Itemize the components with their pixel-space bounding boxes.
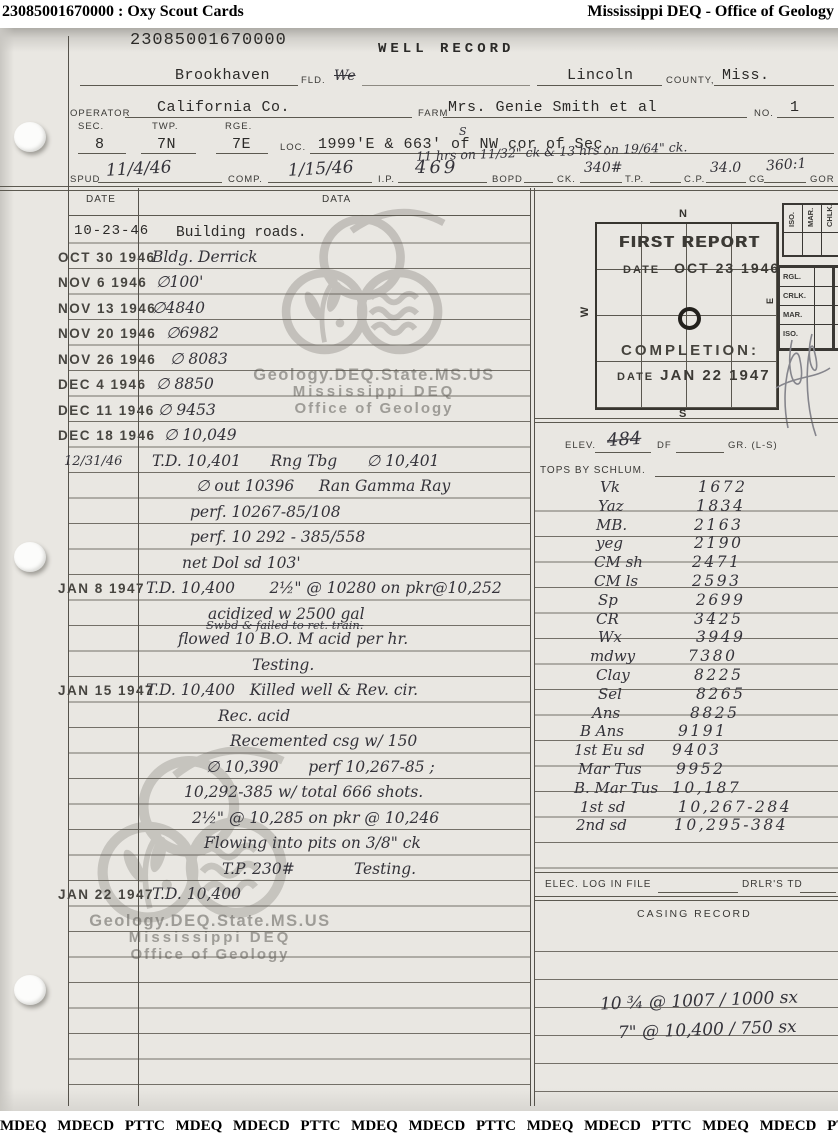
formation-depth: 8225	[694, 666, 743, 684]
log-entry-text: ∅ 9453	[158, 401, 216, 419]
footer-agency-strip: MDEQ MDECD PTTC MDEQ MDECD PTTC MDEQ MDE…	[0, 1118, 838, 1134]
hole-punch	[14, 975, 46, 1005]
log-entry-text: T.D. 10,401 Rng Tbg ∅ 10,401	[152, 452, 439, 470]
log-entry-text: ∅4840	[152, 299, 205, 317]
drlrs-td-label: DRLR'S TD	[742, 879, 803, 890]
well-no: 1	[790, 99, 800, 116]
underline	[714, 85, 834, 86]
underline	[595, 452, 651, 453]
underline	[524, 182, 553, 183]
gor-label: GOR	[810, 174, 835, 185]
log-entry-text: ∅ 10,049	[164, 426, 237, 444]
df-label: DF	[657, 440, 672, 451]
formation-name: 1st sd	[572, 798, 678, 817]
formation-depth: 3949	[696, 628, 745, 646]
spud-label: SPUD	[70, 174, 100, 185]
double-rule	[0, 186, 838, 187]
formation-top-row: Sel8265	[572, 685, 832, 704]
underline	[98, 182, 222, 183]
formation-name: Sel	[572, 685, 696, 704]
formation-depth: 10,267-284	[678, 798, 792, 816]
tp-value: 340#	[584, 160, 622, 176]
double-rule	[535, 422, 838, 423]
ip-value: 469	[415, 157, 458, 178]
formation-top-row: Vk1672	[572, 478, 832, 497]
formation-depth: 8265	[696, 685, 745, 703]
viewer-header: 23085001670000 : Oxy Scout Cards Mississ…	[0, 0, 838, 28]
formation-depth: 10,187	[672, 779, 741, 797]
formation-name: CM ls	[572, 572, 692, 591]
log-entry-text: Recemented csg w/ 150	[230, 732, 417, 750]
formation-depth: 2190	[694, 534, 743, 552]
underline	[125, 117, 412, 118]
underline	[650, 182, 681, 183]
log-row: 10-23-46Building roads.	[58, 219, 530, 245]
underline	[362, 85, 530, 86]
log-row: T.P. 230# Testing.	[58, 857, 530, 883]
log-row: Testing.	[58, 653, 530, 679]
formation-name: B Ans	[572, 722, 678, 741]
formation-top-row: Wx3949	[572, 628, 832, 647]
formation-top-row: CM ls2593	[572, 572, 832, 591]
strat-column-label: MAR.	[806, 208, 815, 227]
document-id-title: 23085001670000 : Oxy Scout Cards	[2, 3, 244, 28]
api-number: 23085001670000	[130, 31, 287, 50]
log-entry-text: ∅ 10,390 perf 10,267-85 ;	[206, 758, 435, 776]
log-entry-text: Testing.	[252, 656, 314, 674]
tops-title: TOPS BY SCHLUM.	[540, 465, 646, 476]
field-name: Brookhaven	[175, 67, 270, 84]
underline	[78, 153, 126, 154]
table-divider	[784, 232, 802, 233]
underline	[216, 153, 268, 154]
comp-date: 1/15/46	[288, 157, 355, 180]
table-divider	[822, 232, 838, 233]
formation-top-row: B Ans9191	[572, 722, 832, 741]
formation-tops-list: Vk1672Yaz1834MB.2163yeg2190CM sh2471CM l…	[572, 478, 832, 835]
compass-west: W	[579, 307, 591, 317]
casing-record-title: CASING RECORD	[637, 908, 752, 920]
log-row: JAN 15 1947T.D. 10,400 Killed well & Rev…	[58, 678, 530, 704]
log-date: JAN 22 1947	[58, 882, 142, 908]
well-location-marker	[678, 307, 701, 330]
formation-top-row: Clay8225	[572, 666, 832, 685]
log-row: JAN 8 1947T.D. 10,400 2½" @ 10280 on pkr…	[58, 576, 530, 602]
formation-name: CM sh	[572, 553, 692, 572]
sec-value: 8	[95, 136, 105, 153]
log-entry-text: ∅ out 10396 Ran Gamma Ray	[196, 477, 450, 495]
underline	[141, 153, 196, 154]
formation-name: CR	[572, 610, 694, 629]
log-entry-text: Rec. acid	[218, 707, 290, 725]
underline	[398, 182, 487, 183]
underline	[764, 182, 806, 183]
log-date: NOV 6 1946	[58, 270, 142, 296]
formation-depth: 9952	[676, 760, 725, 778]
strat-column-label: CHLK.	[825, 204, 834, 227]
formation-top-row: CR3425	[572, 610, 832, 629]
log-entry-text: T.P. 230# Testing.	[222, 860, 416, 878]
log-header-rule	[68, 215, 530, 216]
underline	[800, 892, 836, 893]
completion-date-stamp: DATEJAN 22 1947	[617, 367, 771, 384]
log-row: DEC 4 1946∅ 8850	[58, 372, 530, 398]
log-row: OCT 30 1946Bldg. Derrick	[58, 245, 530, 271]
operator-label: OPERATOR	[70, 108, 130, 119]
table-divider	[803, 232, 821, 233]
first-report-date-stamp: DATEOCT 23 1946	[623, 260, 780, 276]
formation-name: Ans	[572, 704, 690, 723]
viewer-footer: MDEQ MDECD PTTC MDEQ MDECD PTTC MDEQ MDE…	[0, 1111, 838, 1139]
double-rule	[0, 190, 838, 191]
strat-column-label: ISO.	[787, 212, 796, 227]
operator-name: California Co.	[157, 99, 290, 116]
formation-depth: 7380	[688, 647, 737, 665]
strat-row-label: CRLK.	[780, 287, 838, 306]
underline	[676, 452, 724, 453]
rge-label: RGE.	[225, 121, 252, 132]
log-row: perf. 10 292 - 385/558	[58, 525, 530, 551]
underline	[580, 182, 622, 183]
bopd-label: BOPD	[492, 174, 523, 185]
log-entry-text: flowed 10 B.O. M acid per hr.	[178, 630, 408, 648]
log-entry-text: ∅ 8850	[156, 375, 214, 393]
log-date: DEC 11 1946	[58, 398, 142, 424]
formation-top-row: mdwy7380	[572, 647, 832, 666]
well-no-label: NO.	[754, 108, 774, 119]
hole-punch	[14, 542, 46, 572]
elec-log-label: ELEC. LOG IN FILE	[545, 879, 651, 890]
formation-depth: 2471	[692, 553, 741, 571]
log-entry-text: ∅100'	[156, 273, 203, 291]
cg-value: 34.0	[710, 160, 741, 176]
sec-label: SEC.	[78, 121, 104, 132]
strat-row-label: RGL.	[780, 268, 838, 287]
strat-column: MAR.	[803, 205, 822, 255]
log-row: NOV 6 1946∅100'	[58, 270, 530, 296]
log-date: NOV 26 1946	[58, 347, 142, 373]
formation-top-row: MB.2163	[572, 516, 832, 535]
spud-date: 11/4/46	[106, 157, 173, 180]
formation-depth: 3425	[694, 610, 743, 628]
log-data-header: DATA	[322, 194, 351, 205]
ip-label: I.P.	[378, 174, 395, 185]
formation-name: yeg	[572, 534, 694, 553]
log-date: DEC 18 1946	[58, 423, 142, 449]
formation-name: mdwy	[572, 647, 688, 666]
log-row: flowed 10 B.O. M acid per hr.	[58, 627, 530, 653]
tp-label: T.P.	[625, 174, 644, 185]
formation-depth: 10,295-384	[674, 816, 788, 834]
signature-scribble	[758, 328, 838, 443]
log-date-header: DATE	[86, 194, 116, 205]
underline	[268, 182, 372, 183]
formation-depth: 2593	[692, 572, 741, 590]
elev-label: ELEV.	[565, 440, 596, 451]
log-entry-text: perf. 10267-85/108	[190, 503, 341, 521]
log-row: 2½" @ 10,285 on pkr @ 10,246	[58, 806, 530, 832]
formation-top-row: 1st sd10,267-284	[572, 798, 832, 817]
rule	[535, 872, 838, 873]
log-row: DEC 18 1946∅ 10,049	[58, 423, 530, 449]
log-date: OCT 30 1946	[58, 245, 142, 271]
formation-top-row: 2nd sd10,295-384	[572, 816, 832, 835]
formation-depth: 9403	[672, 741, 721, 759]
formation-name: Wx	[572, 628, 696, 647]
formation-name: Sp	[572, 591, 696, 610]
casing-ruled-lines	[535, 924, 838, 1104]
rge-value: 7E	[232, 136, 251, 153]
hole-punch	[14, 122, 46, 152]
county-label: COUNTY,	[666, 75, 715, 86]
formation-top-row: Ans8825	[572, 704, 832, 723]
formation-top-row: Yaz1834	[572, 497, 832, 516]
strat-column: ISO.	[784, 205, 803, 255]
formation-top-row: Mar Tus9952	[572, 760, 832, 779]
log-table: 10-23-46Building roads.OCT 30 1946Bldg. …	[58, 219, 530, 908]
log-row: Rec. acid	[58, 704, 530, 730]
strat-table-top: ISO.MAR.CHLK.	[782, 203, 838, 257]
log-date: 12/31/46	[58, 449, 148, 475]
data-column-divider	[530, 188, 531, 1106]
comp-label: COMP.	[228, 174, 263, 185]
log-row: Recemented csg w/ 150	[58, 729, 530, 755]
formation-name: Yaz	[572, 497, 696, 516]
first-report-stamp: FIRST REPORT	[619, 234, 760, 252]
formation-name: MB.	[572, 516, 694, 535]
field-label: FLD.	[301, 75, 326, 86]
formation-top-row: yeg2190	[572, 534, 832, 553]
underline	[80, 85, 298, 86]
log-row: acidized w 2500 galSwbd & failed to ret.…	[58, 602, 530, 628]
scanned-well-record-card: Geology.DEQ.State.MS.US Mississippi DEQ …	[0, 28, 838, 1111]
loc-superscript: S	[459, 125, 467, 138]
log-entry-text: Bldg. Derrick	[152, 248, 258, 266]
log-row: NOV 13 1946∅4840	[58, 296, 530, 322]
log-date: DEC 4 1946	[58, 372, 142, 398]
formation-depth: 1834	[696, 497, 745, 515]
formation-name: Mar Tus	[572, 760, 676, 779]
formation-depth: 1672	[698, 478, 747, 496]
log-row: JAN 22 1947T.D. 10,400	[58, 882, 530, 908]
log-entry-text: Building roads.	[176, 225, 307, 241]
gr-label: GR. (L-S)	[728, 440, 778, 451]
gor-value: 360:1	[765, 156, 806, 175]
log-date: NOV 20 1946	[58, 321, 142, 347]
formation-top-row: CM sh2471	[572, 553, 832, 572]
cg-label: CG	[749, 174, 765, 185]
farm-name: Mrs. Genie Smith et al	[448, 99, 657, 116]
log-date: NOV 13 1946	[58, 296, 142, 322]
formation-name: 1st Eu sd	[572, 741, 672, 760]
ck-label: CK.	[557, 174, 576, 185]
page-title: WELL RECORD	[378, 41, 514, 57]
log-date: 10-23-46	[58, 219, 158, 245]
formation-depth: 9191	[678, 722, 727, 740]
log-entry-text: T.D. 10,400 Killed well & Rev. cir.	[146, 681, 418, 699]
log-row: ∅ 10,390 perf 10,267-85 ;	[58, 755, 530, 781]
log-entry-text: ∅6982	[166, 324, 219, 342]
log-row: NOV 20 1946∅6982	[58, 321, 530, 347]
formation-name: 2nd sd	[572, 816, 674, 835]
log-row: DEC 11 1946∅ 9453	[58, 398, 530, 424]
formation-name: Vk	[572, 478, 698, 497]
log-row: 10,292-385 w/ total 666 shots.	[58, 780, 530, 806]
field-strikeout: We	[334, 68, 356, 84]
organization-title: Mississippi DEQ - Office of Geology	[587, 3, 834, 28]
strat-column: CHLK.	[822, 205, 838, 255]
data-column-divider	[534, 188, 535, 1106]
completion-stamp: COMPLETION:	[621, 342, 759, 359]
underline	[706, 182, 746, 183]
underline	[443, 117, 747, 118]
cp-label: C.P.	[684, 174, 705, 185]
double-rule	[535, 900, 838, 901]
log-row: ∅ out 10396 Ran Gamma Ray	[58, 474, 530, 500]
log-entry-text: net Dol sd 103'	[182, 554, 301, 572]
log-entry-text: 2½" @ 10,285 on pkr @ 10,246	[192, 809, 439, 827]
twp-value: 7N	[157, 136, 176, 153]
underline	[658, 892, 738, 893]
formation-top-row: Sp2699	[572, 591, 832, 610]
loc-label: LOC.	[280, 142, 306, 153]
double-rule	[535, 896, 838, 897]
section-plat: FIRST REPORT DATEOCT 23 1946 COMPLETION:…	[595, 222, 779, 410]
formation-top-row: B. Mar Tus10,187	[572, 779, 832, 798]
strat-row-label: MAR.	[780, 306, 838, 325]
log-date: JAN 15 1947	[58, 678, 142, 704]
compass-north: N	[679, 208, 687, 220]
formation-depth: 8825	[690, 704, 739, 722]
state-name: Miss.	[722, 67, 770, 84]
formation-top-row: 1st Eu sd9403	[572, 741, 832, 760]
county-name: Lincoln	[567, 67, 634, 84]
log-row: Flowing into pits on 3/8" ck	[58, 831, 530, 857]
formation-name: Clay	[572, 666, 694, 685]
twp-label: TWP.	[152, 121, 179, 132]
log-date: JAN 8 1947	[58, 576, 142, 602]
underline	[655, 476, 835, 477]
log-entry-text: T.D. 10,400 2½" @ 10280 on pkr@10,252	[146, 579, 502, 597]
underline	[537, 85, 662, 86]
log-entry-text: ∅ 8083	[170, 350, 228, 368]
log-entry-text: perf. 10 292 - 385/558	[190, 528, 365, 546]
underline	[777, 117, 834, 118]
formation-depth: 2699	[696, 591, 745, 609]
log-row: net Dol sd 103'	[58, 551, 530, 577]
log-row: 12/31/46T.D. 10,401 Rng Tbg ∅ 10,401	[58, 449, 530, 475]
log-row: perf. 10267-85/108	[58, 500, 530, 526]
log-entry-text: T.D. 10,400	[152, 885, 241, 903]
log-entry-text: Flowing into pits on 3/8" ck	[204, 834, 421, 852]
log-entry-text: 10,292-385 w/ total 666 shots.	[184, 783, 423, 801]
elev-value: 484	[606, 428, 642, 451]
formation-name: B. Mar Tus	[572, 779, 672, 798]
formation-depth: 2163	[694, 516, 743, 534]
log-row: NOV 26 1946∅ 8083	[58, 347, 530, 373]
double-rule	[535, 418, 838, 419]
